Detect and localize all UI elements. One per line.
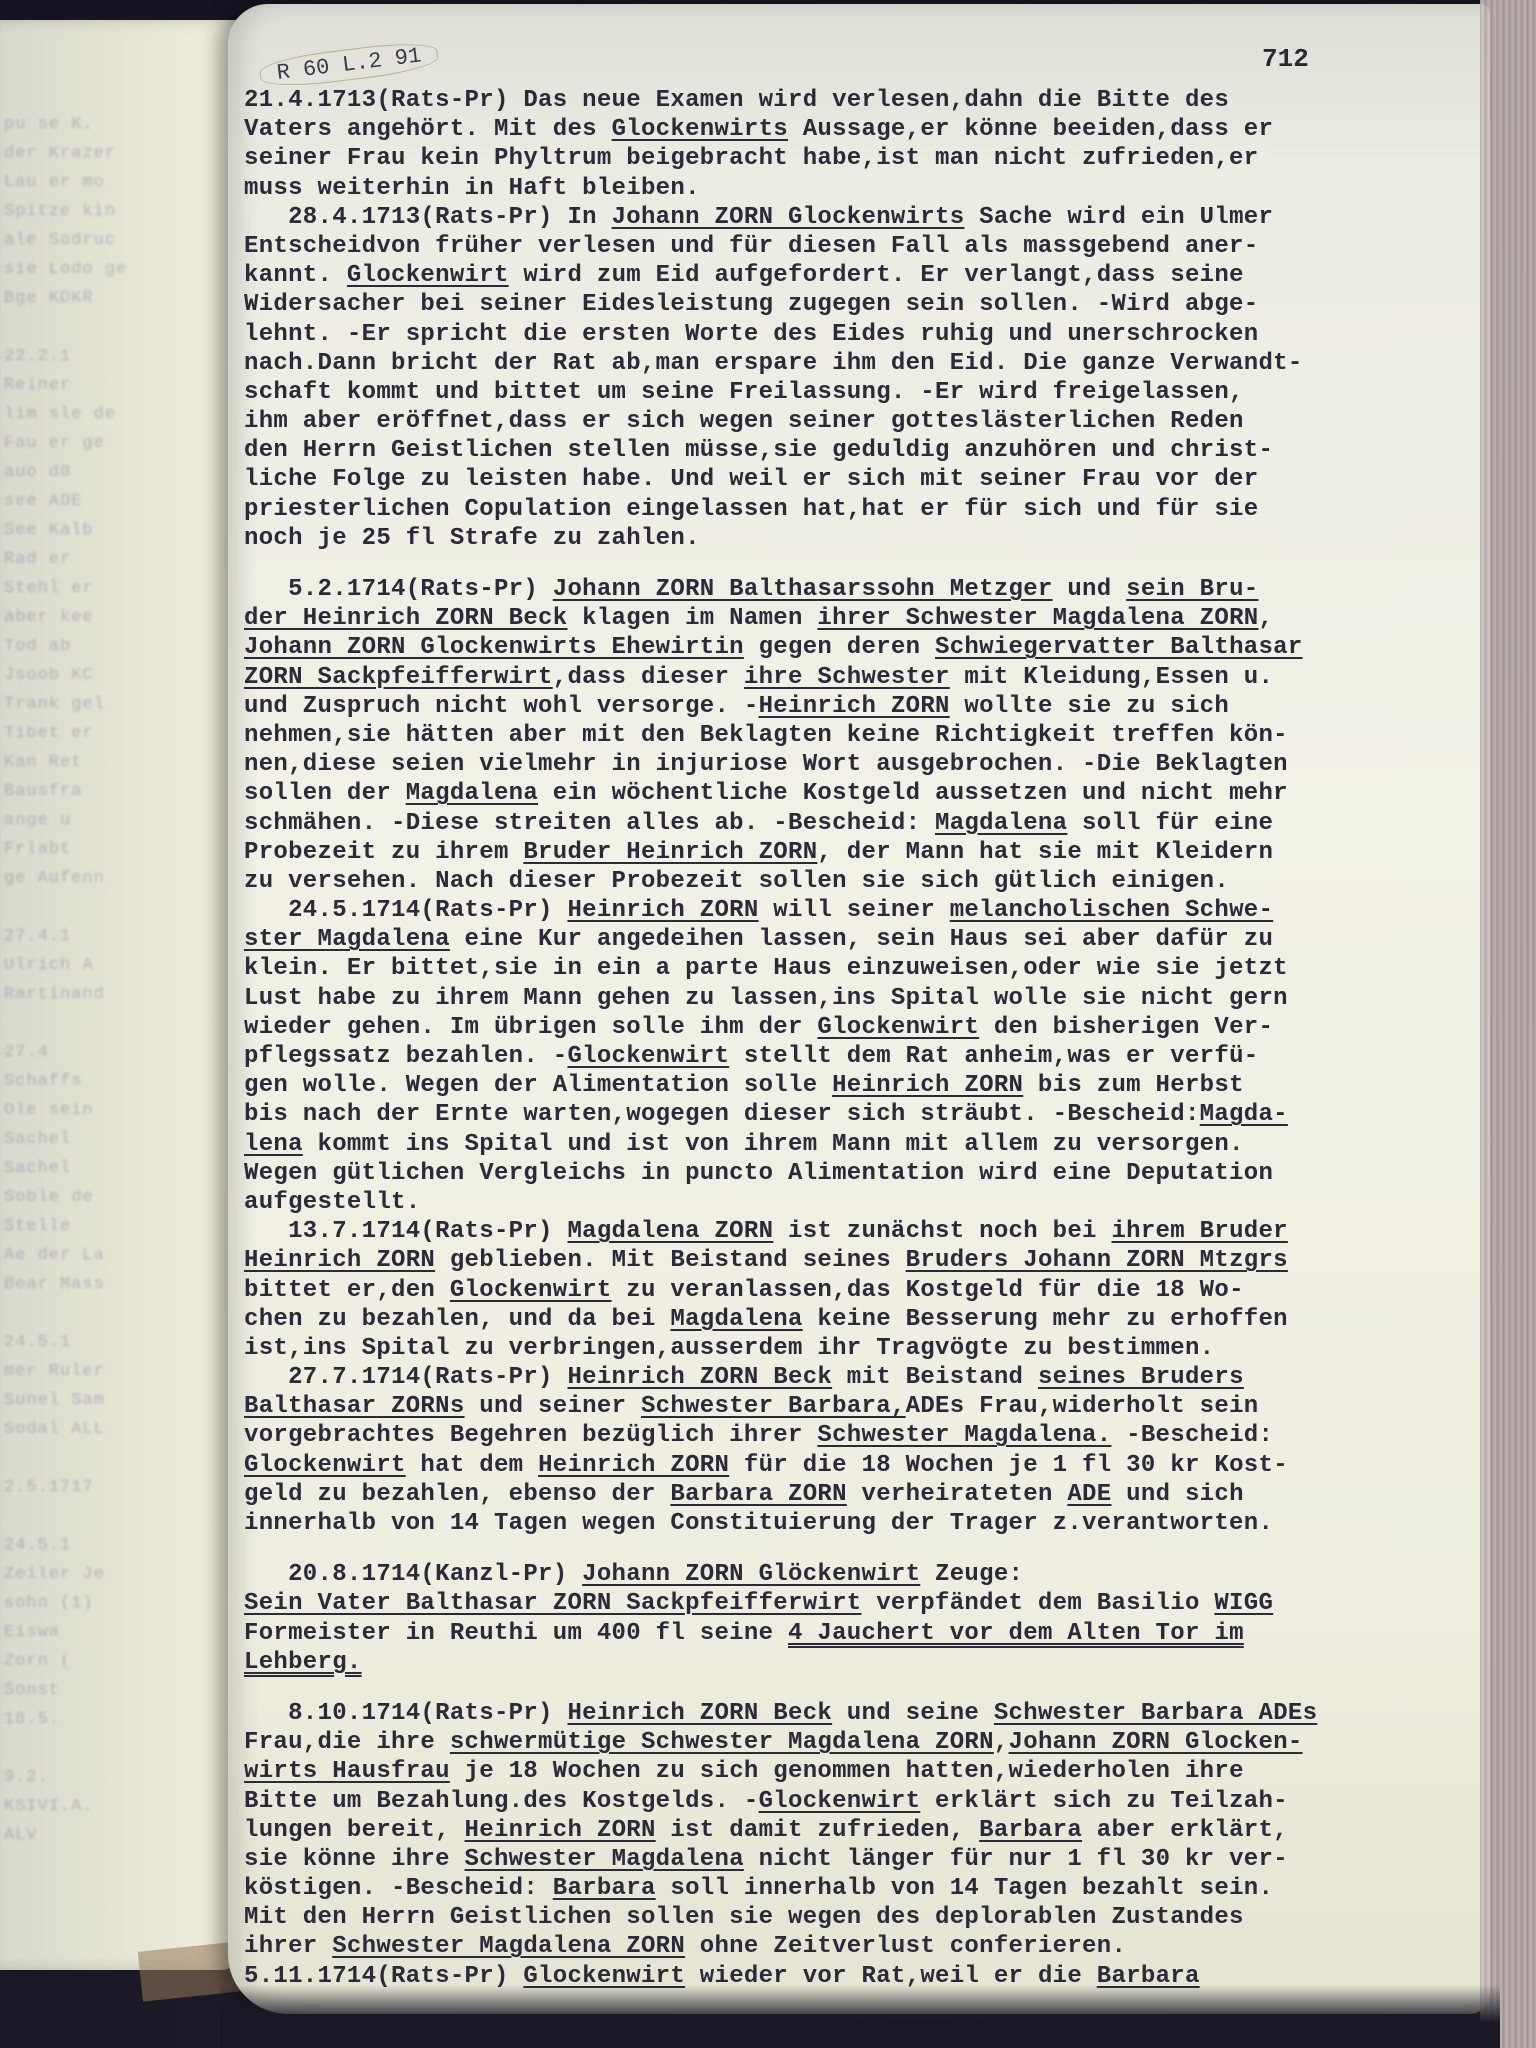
text-line: geld zu bezahlen, ebenso der Barbara ZOR…: [244, 1480, 1454, 1509]
text-line: schaft kommt und bittet um seine Freilas…: [244, 378, 1454, 407]
underlined-name: Schwiegervatter Balthasar: [935, 634, 1303, 661]
text-segment: schaft kommt und bittet um seine Freilas…: [244, 379, 1244, 406]
text-segment: innerhalb von 14 Tagen wegen Constituier…: [244, 1510, 1273, 1537]
text-segment: klein. Er bittet,sie in ein a parte Haus…: [244, 955, 1288, 982]
ghost-line: der Krazer: [4, 139, 244, 168]
text-segment: ist,ins Spital zu verbringen,ausserdem i…: [244, 1335, 1214, 1362]
ghost-line: 22.2.1: [4, 342, 244, 371]
text-line: lehnt. -Er spricht die ersten Worte des …: [244, 320, 1454, 349]
ghost-line: Ulrich A: [4, 951, 244, 980]
underlined-name: Heinrich ZORN Beck: [567, 1700, 832, 1727]
book-page-edges: [1480, 0, 1536, 2048]
ghost-line: 2.5.1717: [4, 1473, 244, 1502]
transcript-entry: 20.8.1714(Kanzl-Pr) Johann ZORN Glöckenw…: [244, 1560, 1454, 1677]
text-line: 13.7.1714(Rats-Pr) Magdalena ZORN ist zu…: [244, 1217, 1454, 1246]
text-segment: ,: [1258, 605, 1273, 632]
underlined-name: seines Bruders: [1038, 1364, 1244, 1391]
underlined-name: melancholischen Schwe-: [950, 897, 1273, 924]
underlined-name: Schwester Barbara ADEs: [994, 1700, 1317, 1727]
text-line: den Herrn Geistlichen stellen müsse,sie …: [244, 436, 1454, 465]
ghost-line: 24.5.1: [4, 1328, 244, 1357]
underlined-name: Heinrich ZORN Beck: [567, 1364, 832, 1391]
text-line: Formeister in Reuthi um 400 fl seine 4 J…: [244, 1619, 1454, 1648]
text-segment: Wegen gütlichen Vergleichs in puncto Ali…: [244, 1160, 1273, 1187]
text-line: innerhalb von 14 Tagen wegen Constituier…: [244, 1509, 1454, 1538]
ghost-line: [4, 1444, 244, 1473]
underlined-name: ihre Schwester: [744, 664, 950, 691]
underlined-name: Bruders Johann ZORN Mtzgrs: [906, 1247, 1288, 1274]
text-segment: pflegssatz bezahlen. -: [244, 1043, 567, 1070]
ghost-line: Jsoob KC: [4, 661, 244, 690]
text-segment: 20.8.1714(Kanzl-Pr): [244, 1561, 582, 1588]
archive-prefix: R: [275, 60, 291, 86]
underlined-name: Heinrich ZORN: [759, 693, 950, 720]
ghost-line: Ae der La: [4, 1241, 244, 1270]
ghost-line: Ole sein: [4, 1096, 244, 1125]
ghost-line: 9.2.: [4, 1763, 244, 1792]
underlined-name: 4 Jauchert vor dem Alten Tor im: [788, 1620, 1244, 1647]
transcript-entry: 8.10.1714(Rats-Pr) Heinrich ZORN Beck un…: [244, 1699, 1454, 1962]
text-line: kannt. Glockenwirt wird zum Eid aufgefor…: [244, 261, 1454, 290]
text-segment: sollen der: [244, 780, 406, 807]
text-segment: wieder gehen. Im übrigen solle ihm der: [244, 1014, 817, 1041]
text-line: pflegssatz bezahlen. -Glockenwirt stellt…: [244, 1042, 1454, 1071]
text-segment: und: [1053, 576, 1127, 603]
text-segment: priesterlichen Copulation eingelassen ha…: [244, 496, 1258, 523]
text-segment: 28.4.1713(Rats-Pr) In: [244, 204, 612, 231]
underlined-name: Johann ZORN Balthasarssohn Metzger: [553, 576, 1053, 603]
text-line: Lehberg.: [244, 1648, 1454, 1677]
ghost-line: Sunel Sam: [4, 1386, 244, 1415]
text-line: Wegen gütlichen Vergleichs in puncto Ali…: [244, 1159, 1454, 1188]
ghost-line: mer Ruler: [4, 1357, 244, 1386]
ghost-line: Bausfra: [4, 777, 244, 806]
text-line: ist,ins Spital zu verbringen,ausserdem i…: [244, 1334, 1454, 1363]
underlined-name: Magda-: [1200, 1101, 1288, 1128]
text-line: wirts Hausfrau je 18 Wochen zu sich geno…: [244, 1757, 1454, 1786]
underlined-name: ihrer Schwester Magdalena ZORN: [817, 605, 1258, 632]
text-segment: , der Mann hat sie mit Kleidern: [817, 839, 1273, 866]
ghost-line: Sachel: [4, 1125, 244, 1154]
text-line: zu versehen. Nach dieser Probezeit solle…: [244, 867, 1454, 896]
ghost-line: Trank gel: [4, 690, 244, 719]
ghost-line: aber kee: [4, 603, 244, 632]
ghost-line: Sachel: [4, 1154, 244, 1183]
ghost-line: See Kalb: [4, 516, 244, 545]
text-segment: chen zu bezahlen, und da bei: [244, 1306, 670, 1333]
ghost-line: Tod ab: [4, 632, 244, 661]
text-segment: aber erklärt,: [1082, 1817, 1288, 1844]
ghost-line: ALV: [4, 1821, 244, 1850]
ghost-line: Eiswa: [4, 1618, 244, 1647]
underlined-name: Schwester Magdalena: [465, 1846, 744, 1873]
text-segment: 13.7.1714(Rats-Pr): [244, 1218, 567, 1245]
underlined-name: Johann ZORN Glockenwirts Ehewirtin: [244, 634, 744, 661]
text-segment: wollte sie zu sich: [950, 693, 1229, 720]
text-segment: nen,diese seien vielmehr in injuriose Wo…: [244, 751, 1288, 778]
text-segment: Bitte um Bezahlung.des Kostgelds. -: [244, 1788, 759, 1815]
ghost-line: Lau er mo: [4, 168, 244, 197]
ghost-line: Soble de: [4, 1183, 244, 1212]
ghost-line: Zeiler Je: [4, 1560, 244, 1589]
text-segment: keine Besserung mehr zu erhoffen: [803, 1306, 1288, 1333]
underlined-name: schwermütige Schwester Magdalena ZORN: [450, 1729, 994, 1756]
ghost-line: [4, 1502, 244, 1531]
text-segment: ist damit zufrieden,: [656, 1817, 979, 1844]
ghost-line: 27.4.1: [4, 922, 244, 951]
text-line: köstigen. -Bescheid: Barbara soll innerh…: [244, 1874, 1454, 1903]
ghost-line: Reiner: [4, 371, 244, 400]
underlined-name: Lehberg.: [244, 1649, 362, 1676]
text-segment: nehmen,sie hätten aber mit den Beklagten…: [244, 722, 1288, 749]
transcript-body: 21.4.1713(Rats-Pr) Das neue Examen wird …: [244, 86, 1454, 1991]
underlined-name: Johann ZORN Glöckenwirt: [582, 1561, 920, 1588]
text-line: Vaters angehört. Mit des Glockenwirts Au…: [244, 115, 1454, 144]
text-line: Widersacher bei seiner Eidesleistung zug…: [244, 290, 1454, 319]
text-segment: ADEs Frau,widerholt sein: [906, 1393, 1259, 1420]
text-segment: 24.5.1714(Rats-Pr): [244, 897, 567, 924]
text-segment: Widersacher bei seiner Eidesleistung zug…: [244, 291, 1258, 318]
underlined-name: Sein Vater Balthasar ZORN Sackpfeifferwi…: [244, 1590, 862, 1617]
text-segment: Entscheidvon früher verlesen und für die…: [244, 233, 1258, 260]
text-segment: geld zu bezahlen, ebenso der: [244, 1481, 670, 1508]
ghost-line: Kan Ret: [4, 748, 244, 777]
underlined-name: ihrem Bruder: [1111, 1218, 1287, 1245]
text-segment: für die 18 Wochen je 1 fl 30 kr Kost-: [729, 1452, 1288, 1479]
text-line: Glockenwirt hat dem Heinrich ZORN für di…: [244, 1451, 1454, 1480]
text-segment: Vaters angehört. Mit des: [244, 116, 612, 143]
text-segment: nicht länger für nur 1 fl 30 kr ver-: [744, 1846, 1288, 1873]
underlined-name: Heinrich ZORN: [832, 1072, 1023, 1099]
text-line: Frau,die ihre schwermütige Schwester Mag…: [244, 1728, 1454, 1757]
text-segment: Frau,die ihre: [244, 1729, 450, 1756]
underlined-name: Glockenwirt: [450, 1277, 612, 1304]
underlined-name: WIGG: [1214, 1590, 1273, 1617]
underlined-name: Barbara: [979, 1817, 1082, 1844]
text-segment: soll für eine: [1067, 810, 1273, 837]
text-segment: will seiner: [759, 897, 950, 924]
text-segment: erklärt sich zu Teilzah-: [920, 1788, 1288, 1815]
underlined-name: der Heinrich ZORN Beck: [244, 605, 567, 632]
underlined-name: Glockenwirt: [759, 1788, 921, 1815]
ghost-line: ge Aufenn: [4, 864, 244, 893]
text-line: 21.4.1713(Rats-Pr) Das neue Examen wird …: [244, 86, 1454, 115]
underlined-name: Barbara ZORN: [670, 1481, 846, 1508]
text-segment: ist zunächst noch bei: [773, 1218, 1111, 1245]
transcript-entry: 24.5.1714(Rats-Pr) Heinrich ZORN will se…: [244, 896, 1454, 1217]
ghost-line: [4, 1299, 244, 1328]
ghost-line: Frlabt: [4, 835, 244, 864]
page-number: 712: [1262, 44, 1309, 74]
text-line: bis nach der Ernte warten,wogegen dieser…: [244, 1100, 1454, 1129]
text-line: Heinrich ZORN geblieben. Mit Beistand se…: [244, 1246, 1454, 1275]
text-segment: ihm aber eröffnet,dass er sich wegen sei…: [244, 408, 1244, 435]
text-line: Bitte um Bezahlung.des Kostgelds. -Glock…: [244, 1787, 1454, 1816]
text-segment: gegen deren: [744, 634, 935, 661]
text-segment: und Zuspruch nicht wohl versorge. -: [244, 693, 759, 720]
text-segment: Formeister in Reuthi um 400 fl seine: [244, 1620, 788, 1647]
ghost-line: Bge KDKR: [4, 284, 244, 313]
text-segment: klagen im Namen: [567, 605, 817, 632]
text-line: muss weiterhin in Haft bleiben.: [244, 174, 1454, 203]
underlined-name: ster Magdalena: [244, 926, 450, 953]
text-segment: geblieben. Mit Beistand seines: [435, 1247, 905, 1274]
text-segment: 5.2.1714(Rats-Pr): [244, 576, 553, 603]
left-page-bleed-text: pu se K.der KrazerLau er moSpitze kinale…: [4, 110, 244, 1850]
text-segment: je 18 Wochen zu sich genommen hatten,wie…: [450, 1758, 1244, 1785]
text-segment: ohne Zeitverlust conferieren.: [685, 1933, 1126, 1960]
text-line: nen,diese seien vielmehr in injuriose Wo…: [244, 750, 1454, 779]
text-segment: lehnt. -Er spricht die ersten Worte des …: [244, 321, 1258, 348]
text-line: Entscheidvon früher verlesen und für die…: [244, 232, 1454, 261]
text-segment: schmähen. -Diese streiten alles ab. -Bes…: [244, 810, 935, 837]
ghost-line: Bear Mass: [4, 1270, 244, 1299]
underlined-name: Heinrich ZORN: [567, 897, 758, 924]
text-segment: Probezeit zu ihrem: [244, 839, 523, 866]
text-segment: -Bescheid:: [1111, 1422, 1273, 1449]
underlined-name: Magdalena: [670, 1306, 802, 1333]
ghost-line: sie Lodo ge: [4, 255, 244, 284]
text-segment: mit Beistand: [832, 1364, 1038, 1391]
text-segment: verpfändet dem Basilio: [862, 1590, 1215, 1617]
text-segment: köstigen. -Bescheid:: [244, 1875, 553, 1902]
text-segment: und sich: [1111, 1481, 1243, 1508]
text-segment: bis nach der Ernte warten,wogegen dieser…: [244, 1101, 1200, 1128]
text-line: 8.10.1714(Rats-Pr) Heinrich ZORN Beck un…: [244, 1699, 1454, 1728]
text-line: 24.5.1714(Rats-Pr) Heinrich ZORN will se…: [244, 896, 1454, 925]
text-line: 20.8.1714(Kanzl-Pr) Johann ZORN Glöckenw…: [244, 1560, 1454, 1589]
underlined-name: Johann ZORN Glocken-: [1009, 1729, 1303, 1756]
text-line: ihm aber eröffnet,dass er sich wegen sei…: [244, 407, 1454, 436]
underlined-name: Schwester Magdalena ZORN: [332, 1933, 685, 1960]
text-line: priesterlichen Copulation eingelassen ha…: [244, 495, 1454, 524]
text-segment: zu versehen. Nach dieser Probezeit solle…: [244, 868, 1229, 895]
text-line: und Zuspruch nicht wohl versorge. -Heinr…: [244, 692, 1454, 721]
ghost-line: Sodal ALL: [4, 1415, 244, 1444]
text-segment: aufgestellt.: [244, 1189, 420, 1216]
text-segment: wird zum Eid aufgefordert. Er verlangt,d…: [509, 262, 1244, 289]
ghost-line: auo d0: [4, 458, 244, 487]
text-line: Johann ZORN Glockenwirts Ehewirtin gegen…: [244, 633, 1454, 662]
text-line: lena kommt ins Spital und ist von ihrem …: [244, 1130, 1454, 1159]
ghost-line: Tibet er: [4, 719, 244, 748]
text-segment: eine Kur angedeihen lassen, sein Haus se…: [450, 926, 1273, 953]
text-segment: den Herrn Geistlichen stellen müsse,sie …: [244, 437, 1273, 464]
ghost-line: [4, 893, 244, 922]
text-segment: hat dem: [406, 1452, 538, 1479]
underlined-name: Johann ZORN Glockenwirts: [612, 204, 965, 231]
ghost-line: pu se K.: [4, 110, 244, 139]
underlined-name: Magdalena: [406, 780, 538, 807]
text-line: schmähen. -Diese streiten alles ab. -Bes…: [244, 809, 1454, 838]
underlined-name: Magdalena: [935, 810, 1067, 837]
underlined-name: Balthasar ZORNs: [244, 1393, 465, 1420]
text-line: ZORN Sackpfeifferwirt,dass dieser ihre S…: [244, 663, 1454, 692]
ghost-line: [4, 313, 244, 342]
underlined-name: wirts Hausfrau: [244, 1758, 450, 1785]
underlined-name: Schwester Barbara,: [641, 1393, 906, 1420]
ghost-line: lim sle de: [4, 400, 244, 429]
text-line: Lust habe zu ihrem Mann gehen zu lassen,…: [244, 984, 1454, 1013]
text-segment: 21.4.1713(Rats-Pr) Das neue Examen wird …: [244, 87, 1229, 114]
text-line: vorgebrachtes Begehren bezüglich ihrer S…: [244, 1421, 1454, 1450]
ghost-line: 27.4: [4, 1038, 244, 1067]
ghost-line: see ADE: [4, 487, 244, 516]
text-line: ihrer Schwester Magdalena ZORN ohne Zeit…: [244, 1932, 1454, 1961]
text-line: 27.7.1714(Rats-Pr) Heinrich ZORN Beck mi…: [244, 1363, 1454, 1392]
underlined-name: ZORN Sackpfeifferwirt: [244, 664, 553, 691]
text-segment: Zeuge:: [920, 1561, 1023, 1588]
text-segment: verheirateten: [847, 1481, 1068, 1508]
ghost-line: Schaffs: [4, 1067, 244, 1096]
text-segment: sie könne ihre: [244, 1846, 465, 1873]
ghost-line: Spitze kin: [4, 197, 244, 226]
transcript-entry: 28.4.1713(Rats-Pr) In Johann ZORN Glocke…: [244, 203, 1454, 553]
ghost-line: [4, 1734, 244, 1763]
text-line: wieder gehen. Im übrigen solle ihm der G…: [244, 1013, 1454, 1042]
text-segment: seiner Frau kein Phyltrum beigebracht ha…: [244, 145, 1258, 172]
text-line: sollen der Magdalena ein wöchentliche Ko…: [244, 779, 1454, 808]
text-line: der Heinrich ZORN Beck klagen im Namen i…: [244, 604, 1454, 633]
text-line: aufgestellt.: [244, 1188, 1454, 1217]
text-line: chen zu bezahlen, und da bei Magdalena k…: [244, 1305, 1454, 1334]
ghost-line: ale Sodruc: [4, 226, 244, 255]
text-segment: ,dass dieser: [553, 664, 744, 691]
ghost-line: Sonst: [4, 1676, 244, 1705]
text-segment: 8.10.1714(Rats-Pr): [244, 1700, 567, 1727]
text-segment: mit Kleidung,Essen u.: [950, 664, 1273, 691]
text-segment: vorgebrachtes Begehren bezüglich ihrer: [244, 1422, 817, 1449]
text-segment: nach.Dann bricht der Rat ab,man erspare …: [244, 350, 1303, 377]
ghost-line: 18.5.: [4, 1705, 244, 1734]
ghost-line: Rartinand: [4, 980, 244, 1009]
text-segment: den bisherigen Ver-: [979, 1014, 1273, 1041]
ghost-line: Fau er ge: [4, 429, 244, 458]
text-line: Probezeit zu ihrem Bruder Heinrich ZORN,…: [244, 838, 1454, 867]
text-line: nach.Dann bricht der Rat ab,man erspare …: [244, 349, 1454, 378]
underlined-name: Glockenwirt: [817, 1014, 979, 1041]
ghost-line: [4, 1009, 244, 1038]
transcript-entry: 21.4.1713(Rats-Pr) Das neue Examen wird …: [244, 86, 1454, 203]
text-line: nehmen,sie hätten aber mit den Beklagten…: [244, 721, 1454, 750]
bottom-shadow: [220, 1985, 1500, 2048]
underlined-name: Glockenwirt: [244, 1452, 406, 1479]
underlined-name: Heinrich ZORN: [244, 1247, 435, 1274]
text-line: sie könne ihre Schwester Magdalena nicht…: [244, 1845, 1454, 1874]
text-segment: bis zum Herbst: [1023, 1072, 1244, 1099]
underlined-name: sein Bru-: [1126, 576, 1258, 603]
transcript-entry: 27.7.1714(Rats-Pr) Heinrich ZORN Beck mi…: [244, 1363, 1454, 1538]
underlined-name: Heinrich ZORN: [538, 1452, 729, 1479]
underlined-name: Glockenwirt: [347, 262, 509, 289]
ghost-line: 24.5.1: [4, 1531, 244, 1560]
underlined-name: Schwester Magdalena.: [817, 1422, 1111, 1449]
underlined-name: Glockenwirt: [567, 1043, 729, 1070]
text-line: ster Magdalena eine Kur angedeihen lasse…: [244, 925, 1454, 954]
text-segment: muss weiterhin in Haft bleiben.: [244, 175, 700, 202]
text-segment: bittet er,den: [244, 1277, 450, 1304]
text-segment: liche Folge zu leisten habe. Und weil er…: [244, 466, 1258, 493]
underlined-name: Heinrich ZORN: [465, 1817, 656, 1844]
left-facing-page: pu se K.der KrazerLau er moSpitze kinale…: [0, 20, 250, 1970]
underlined-name: Magdalena ZORN: [567, 1218, 773, 1245]
text-segment: ,: [994, 1729, 1009, 1756]
ghost-line: sohn (1): [4, 1589, 244, 1618]
text-line: 5.2.1714(Rats-Pr) Johann ZORN Balthasars…: [244, 575, 1454, 604]
text-line: gen wolle. Wegen der Alimentation solle …: [244, 1071, 1454, 1100]
underlined-name: Bruder Heinrich ZORN: [523, 839, 817, 866]
text-segment: und seine: [832, 1700, 994, 1727]
ghost-line: Stelle: [4, 1212, 244, 1241]
text-segment: gen wolle. Wegen der Alimentation solle: [244, 1072, 832, 1099]
text-segment: soll innerhalb von 14 Tagen bezahlt sein…: [656, 1875, 1274, 1902]
text-line: Balthasar ZORNs und seiner Schwester Bar…: [244, 1392, 1454, 1421]
text-line: noch je 25 fl Strafe zu zahlen.: [244, 524, 1454, 553]
text-segment: ein wöchentliche Kostgeld aussetzen und …: [538, 780, 1288, 807]
text-segment: noch je 25 fl Strafe zu zahlen.: [244, 525, 700, 552]
ghost-line: Stehl er: [4, 574, 244, 603]
text-segment: 27.7.1714(Rats-Pr): [244, 1364, 567, 1391]
text-line: Mit den Herrn Geistlichen sollen sie weg…: [244, 1903, 1454, 1932]
text-segment: Mit den Herrn Geistlichen sollen sie weg…: [244, 1904, 1244, 1931]
ghost-line: ange u: [4, 806, 244, 835]
text-line: lungen bereit, Heinrich ZORN ist damit z…: [244, 1816, 1454, 1845]
text-line: 28.4.1713(Rats-Pr) In Johann ZORN Glocke…: [244, 203, 1454, 232]
text-line: seiner Frau kein Phyltrum beigebracht ha…: [244, 144, 1454, 173]
text-segment: Lust habe zu ihrem Mann gehen zu lassen,…: [244, 985, 1288, 1012]
text-segment: stellt dem Rat anheim,was er verfü-: [729, 1043, 1258, 1070]
text-line: Sein Vater Balthasar ZORN Sackpfeifferwi…: [244, 1589, 1454, 1618]
ghost-line: Rad er: [4, 545, 244, 574]
ghost-line: KSIVI.A.: [4, 1792, 244, 1821]
text-segment: kommt ins Spital und ist von ihrem Mann …: [303, 1131, 1244, 1158]
text-line: bittet er,den Glockenwirt zu veranlassen…: [244, 1276, 1454, 1305]
transcript-entry: 13.7.1714(Rats-Pr) Magdalena ZORN ist zu…: [244, 1217, 1454, 1363]
underlined-name: lena: [244, 1131, 303, 1158]
underlined-name: Barbara: [553, 1875, 656, 1902]
underlined-name: Glockenwirts: [612, 116, 788, 143]
ghost-line: Zorn (: [4, 1647, 244, 1676]
text-segment: und seiner: [465, 1393, 641, 1420]
underlined-name: ADE: [1067, 1481, 1111, 1508]
text-segment: kannt.: [244, 262, 347, 289]
text-segment: Sache wird ein Ulmer: [964, 204, 1273, 231]
text-line: liche Folge zu leisten habe. Und weil er…: [244, 465, 1454, 494]
text-segment: ihrer: [244, 1933, 332, 1960]
text-segment: zu veranlassen,das Kostgeld für die 18 W…: [612, 1277, 1244, 1304]
text-segment: Aussage,er könne beeiden,dass er: [788, 116, 1273, 143]
text-segment: lungen bereit,: [244, 1817, 465, 1844]
transcript-entry: 5.2.1714(Rats-Pr) Johann ZORN Balthasars…: [244, 575, 1454, 896]
text-line: klein. Er bittet,sie in ein a parte Haus…: [244, 954, 1454, 983]
